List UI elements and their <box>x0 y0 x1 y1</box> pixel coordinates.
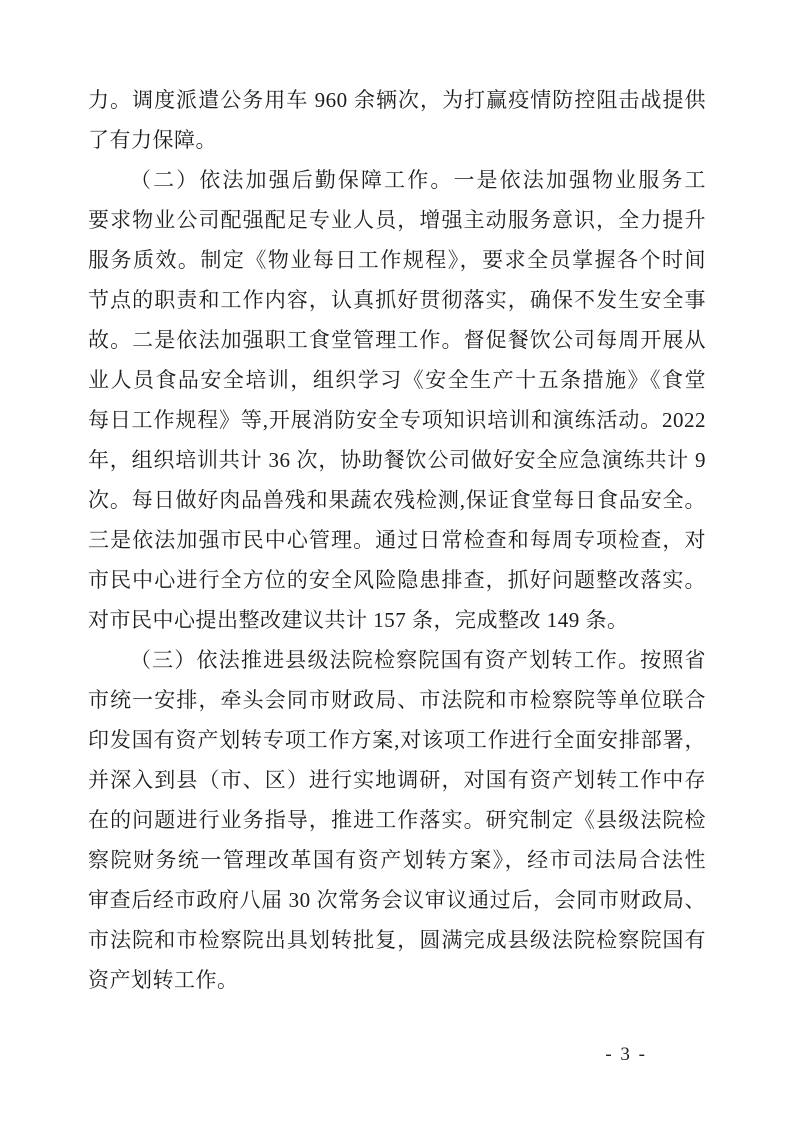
text-line: 业人员食品安全培训，组织学习《安全生产十五条措施》《食堂 <box>88 360 706 400</box>
text-line: 市统一安排，牵头会同市财政局、市法院和市检察院等单位联合 <box>88 680 706 720</box>
text-line: 次。每日做好肉品兽残和果蔬农残检测,保证食堂每日食品安全。 <box>88 480 706 520</box>
text-line: 年，组织培训共计 36 次，协助餐饮公司做好安全应急演练共计 9 <box>88 440 706 480</box>
page-number: - 3 - <box>605 1043 647 1067</box>
text-line: 力。调度派遣公务用车 960 余辆次，为打赢疫情防控阻击战提供 <box>88 80 706 120</box>
para-section-2: （二）依法加强后勤保障工作。一是依法加强物业服务工作。要求物业公司配强配足专业人… <box>88 160 706 640</box>
text-line: 节点的职责和工作内容，认真抓好贯彻落实，确保不发生安全事 <box>88 280 706 320</box>
text-line: 每日工作规程》等,开展消防安全专项知识培训和演练活动。2022 <box>88 400 706 440</box>
text-line: 在的问题进行业务指导，推进工作落实。研究制定《县级法院检 <box>88 800 706 840</box>
para-continuation: 力。调度派遣公务用车 960 余辆次，为打赢疫情防控阻击战提供了有力保障。 <box>88 80 706 160</box>
text-line: 对市民中心提出整改建议共计 157 条，完成整改 149 条。 <box>88 600 706 640</box>
text-line: 资产划转工作。 <box>88 960 706 1000</box>
text-line: 察院财务统一管理改革国有资产划转方案》，经市司法局合法性 <box>88 840 706 880</box>
para-section-3: （三）依法推进县级法院检察院国有资产划转工作。按照省市统一安排，牵头会同市财政局… <box>88 640 706 1000</box>
text-line: 要求物业公司配强配足专业人员，增强主动服务意识，全力提升 <box>88 200 706 240</box>
text-line: 印发国有资产划转专项工作方案,对该项工作进行全面安排部署， <box>88 720 706 760</box>
text-line: 审查后经市政府八届 30 次常务会议审议通过后，会同市财政局、 <box>88 880 706 920</box>
text-line: 并深入到县（市、区）进行实地调研，对国有资产划转工作中存 <box>88 760 706 800</box>
text-line: （三）依法推进县级法院检察院国有资产划转工作。按照省 <box>88 640 706 680</box>
text-line: 市法院和市检察院出具划转批复，圆满完成县级法院检察院国有 <box>88 920 706 960</box>
text-line: 市民中心进行全方位的安全风险隐患排查，抓好问题整改落实。 <box>88 560 706 600</box>
document-body: 力。调度派遣公务用车 960 余辆次，为打赢疫情防控阻击战提供了有力保障。（二）… <box>88 80 706 1000</box>
text-line: 故。二是依法加强职工食堂管理工作。督促餐饮公司每周开展从 <box>88 320 706 360</box>
text-line: 了有力保障。 <box>88 120 706 160</box>
text-line: 服务质效。制定《物业每日工作规程》，要求全员掌握各个时间 <box>88 240 706 280</box>
text-line: 三是依法加强市民中心管理。通过日常检查和每周专项检查，对 <box>88 520 706 560</box>
text-line: （二）依法加强后勤保障工作。一是依法加强物业服务工作。 <box>88 160 706 200</box>
document-page: 力。调度派遣公务用车 960 余辆次，为打赢疫情防控阻击战提供了有力保障。（二）… <box>0 0 793 1122</box>
